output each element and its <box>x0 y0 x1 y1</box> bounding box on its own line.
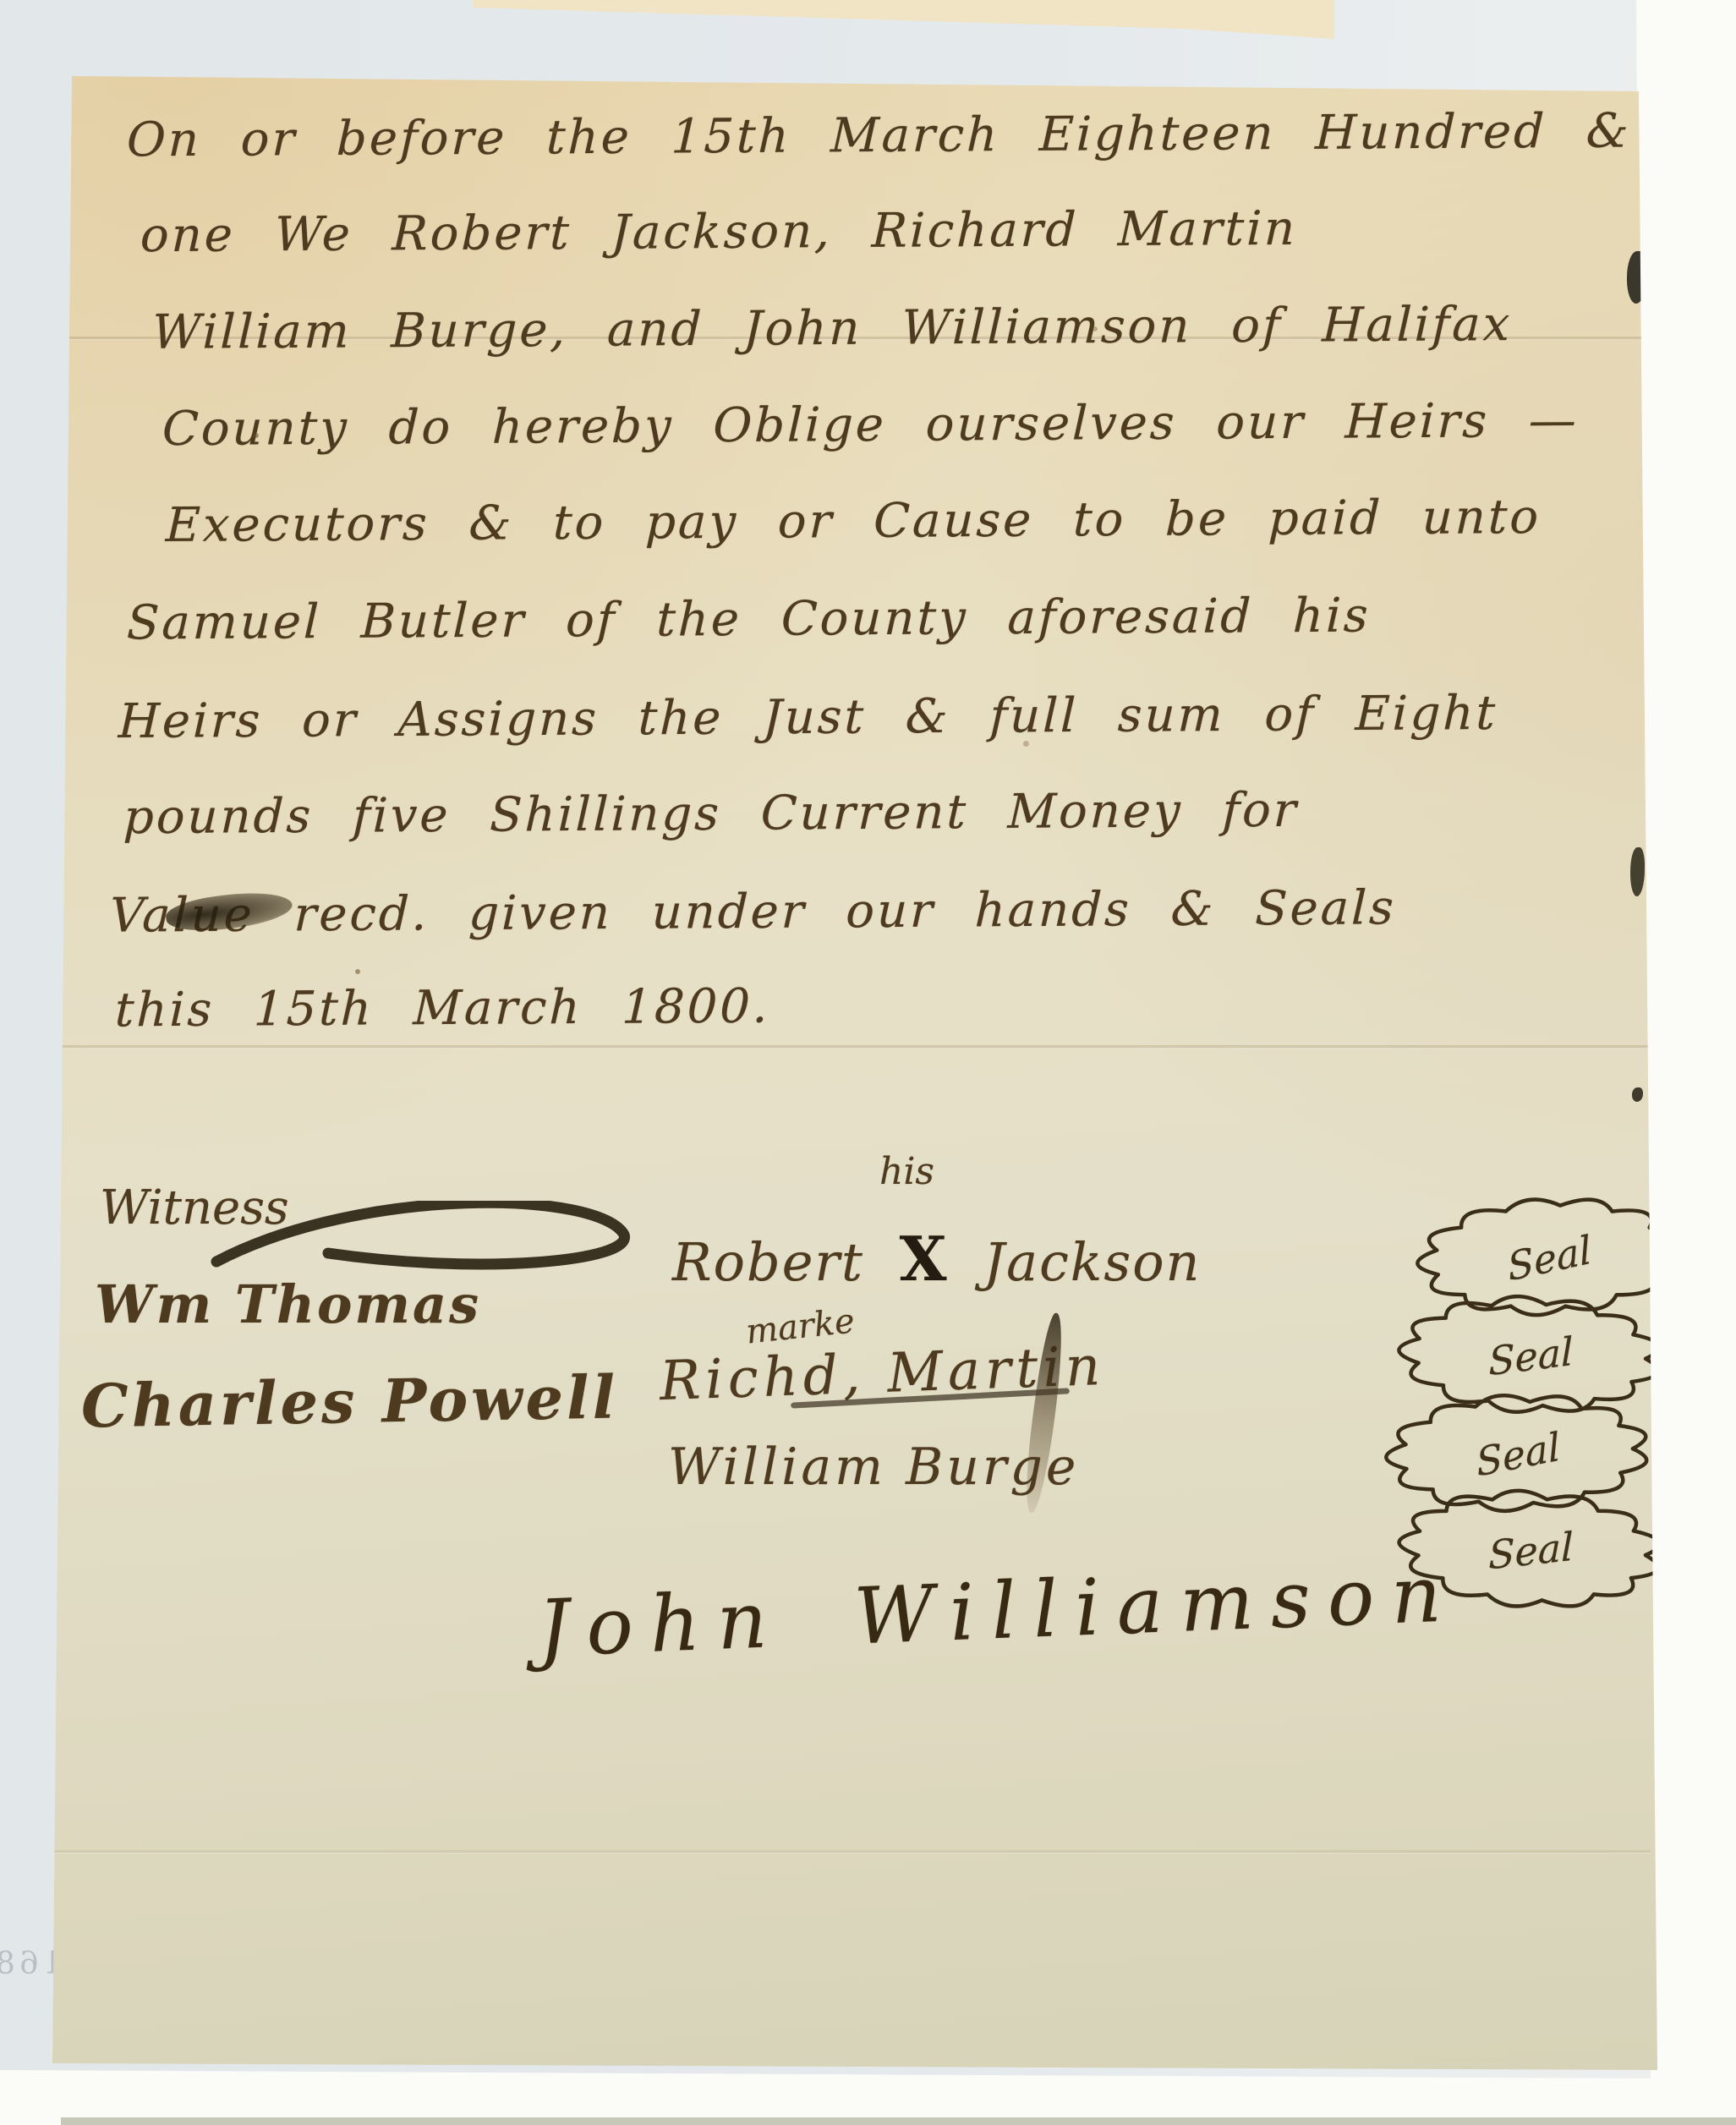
jackson-last-name: Jackson <box>983 1231 1201 1293</box>
signer-x-mark: X <box>900 1223 949 1295</box>
ink-blot <box>1627 251 1647 304</box>
signature-robert-jackson: Robert X Jackson <box>672 1223 1201 1295</box>
ink-spot <box>355 969 360 974</box>
body-line: one We Robert Jackson, Richard Martin <box>140 201 1298 263</box>
seal-label: Seal <box>1488 1524 1573 1579</box>
body-line: Value recd. given under our hands & Seal… <box>109 880 1397 943</box>
scan-edge-strip <box>61 2117 1736 2125</box>
body-line: On or before the 15th March Eighteen Hun… <box>126 104 1631 168</box>
ink-spot <box>254 433 259 438</box>
ink-spot <box>1023 741 1029 747</box>
scan-canvas: 168 On or before the 15th March Eighteen… <box>0 0 1736 2125</box>
jackson-first-name: Robert <box>672 1231 864 1293</box>
body-line: Executors & to pay or Cause to be paid u… <box>165 490 1542 553</box>
body-line: Samuel Butler of the County aforesaid hi… <box>126 589 1371 651</box>
margin-number: 168 <box>0 1947 63 1981</box>
body-line: Heirs or Assigns the Just & full sum of … <box>118 686 1498 749</box>
document-page: On or before the 15th March Eighteen Hun… <box>0 0 1736 2125</box>
witness-signature-thomas: Wm Thomas <box>95 1273 481 1335</box>
body-line: William Burge, and John Williamson of Ha… <box>151 297 1513 360</box>
witness-signature-powell: Charles Powell <box>80 1361 619 1441</box>
signature-william-burge: William Burge <box>668 1438 1079 1497</box>
body-text: On or before the 15th March Eighteen Hun… <box>0 0 1736 2125</box>
ink-spot <box>551 127 558 134</box>
body-line: pounds five Shillings Current Money for <box>123 783 1300 846</box>
his-annotation: his <box>879 1150 934 1193</box>
ink-spot <box>1093 326 1098 331</box>
body-line: County do hereby Oblige ourselves our He… <box>162 393 1580 457</box>
seal-drawing: Seal <box>1400 1480 1661 1621</box>
body-line: this 15th March 1800. <box>114 979 771 1038</box>
